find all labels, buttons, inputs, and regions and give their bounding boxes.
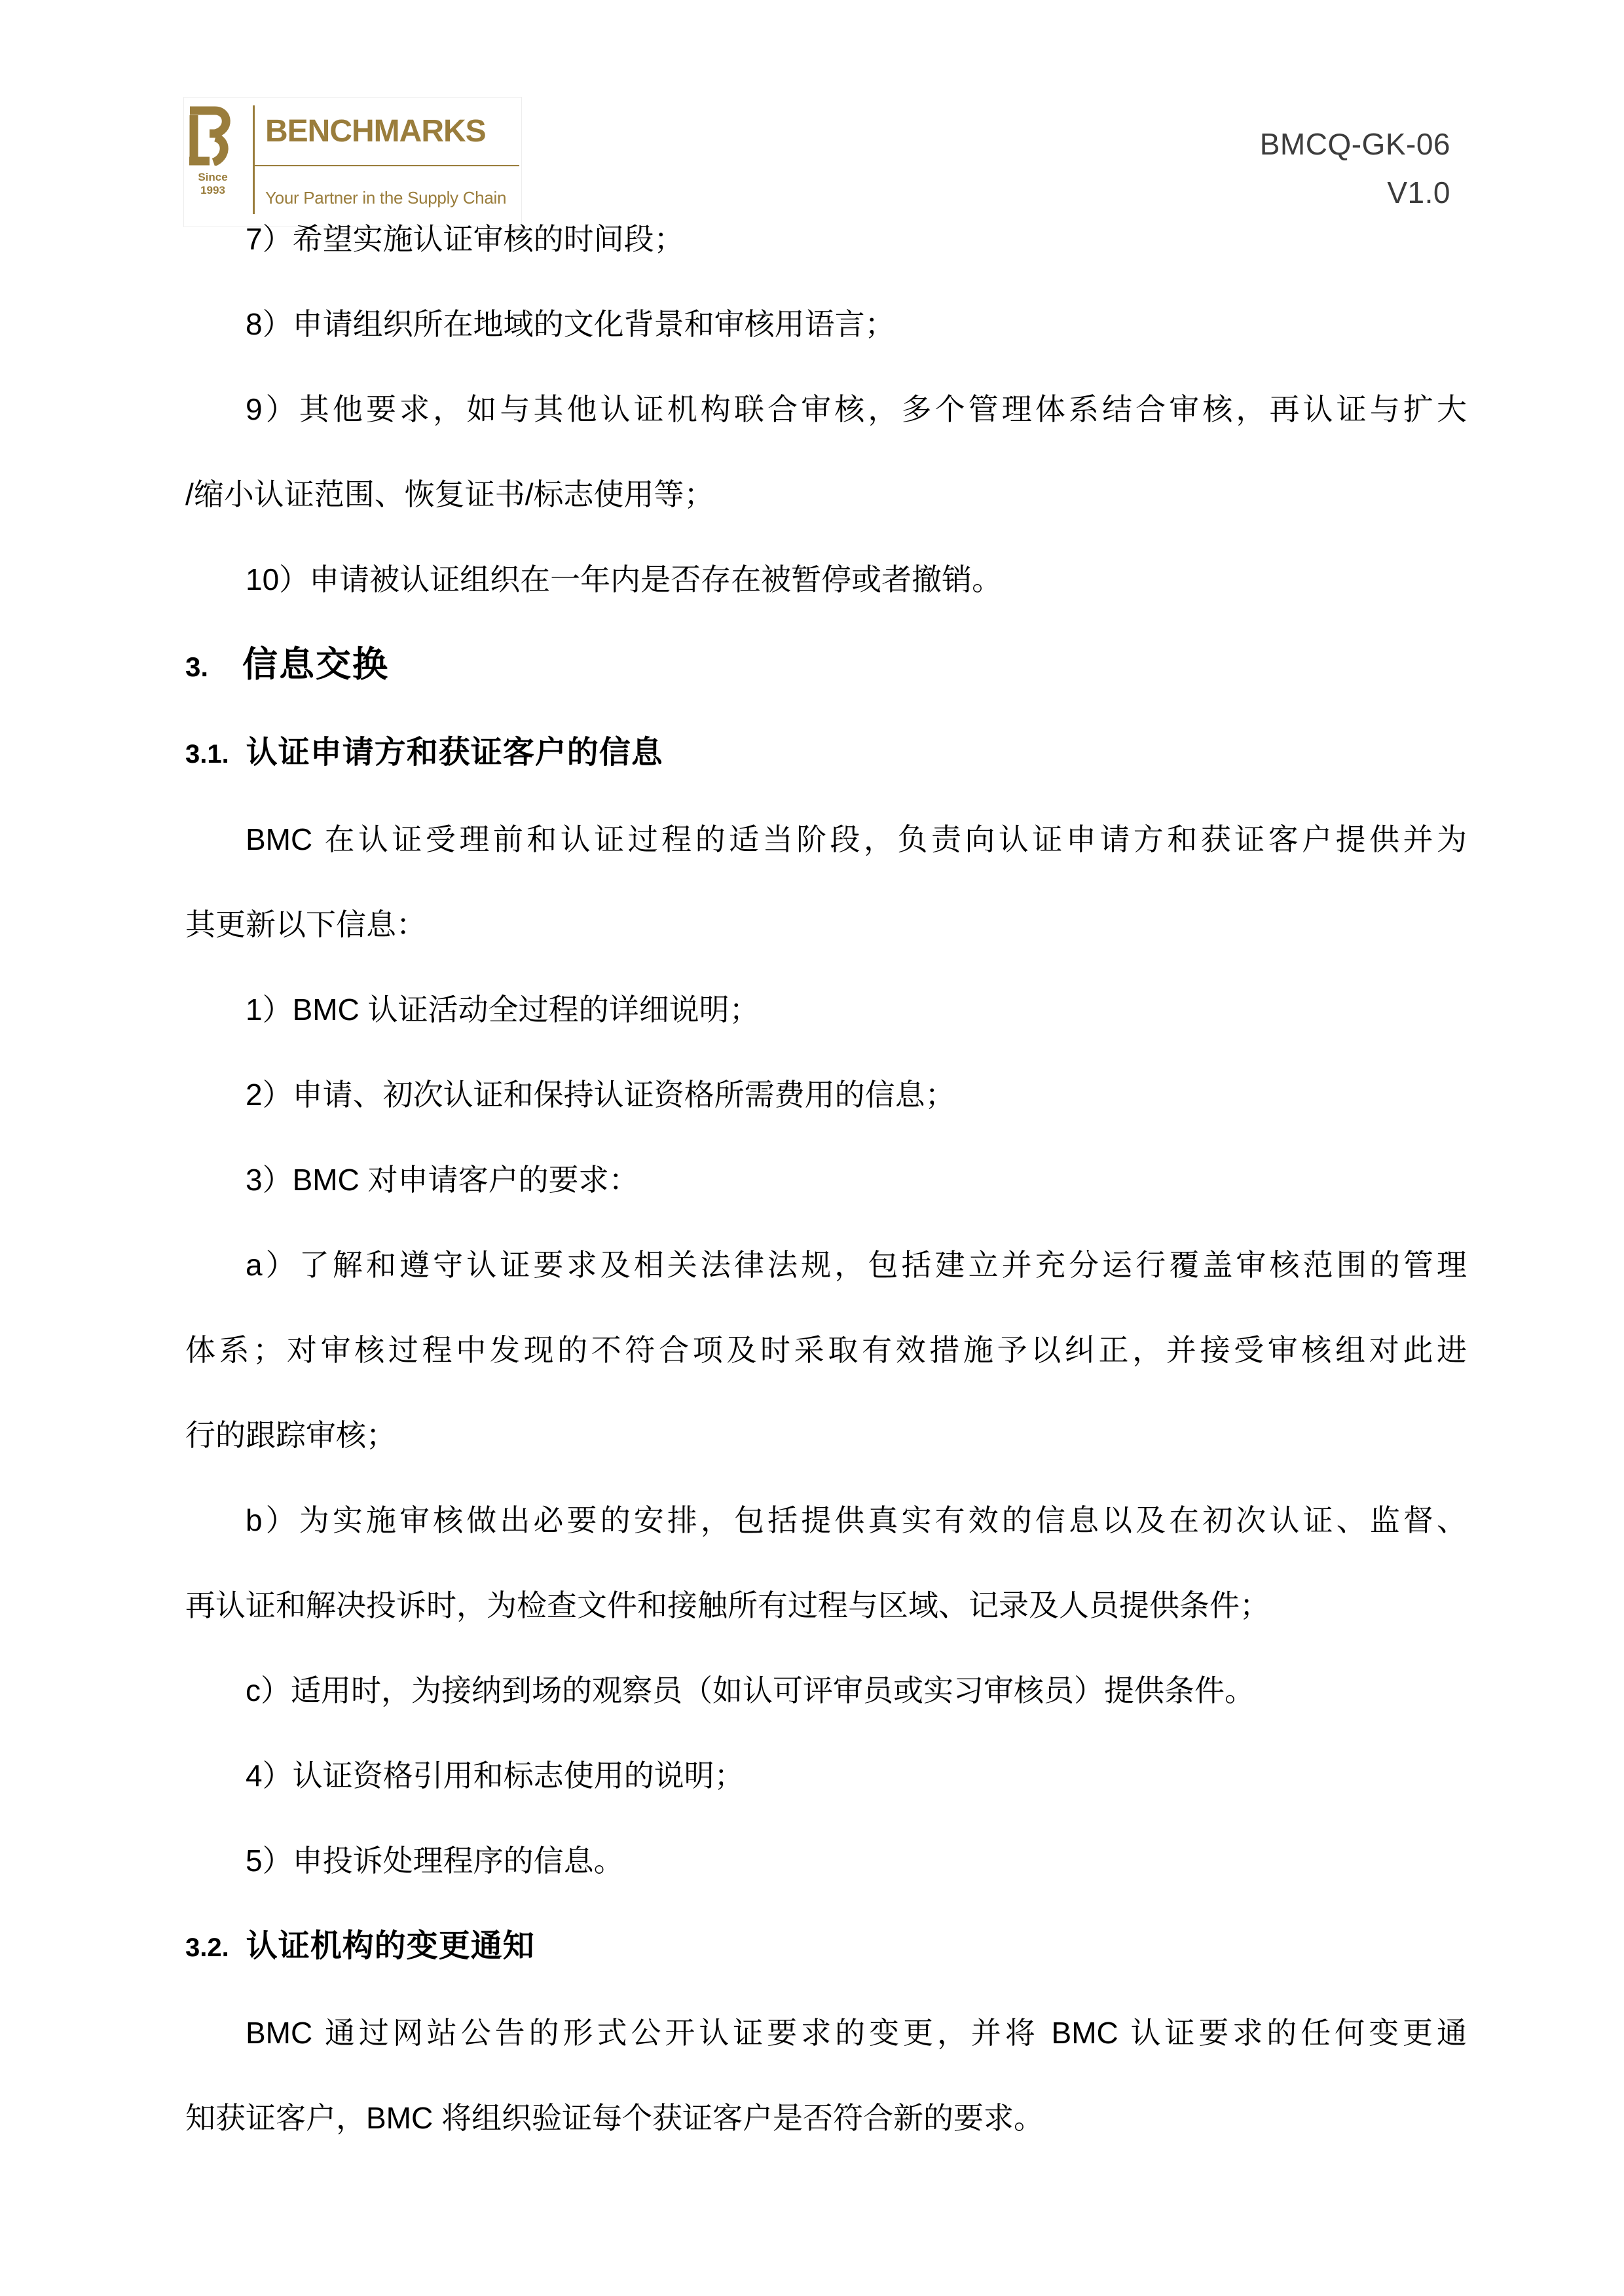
section-heading: 3.2.认证机构的变更通知 (185, 1903, 1467, 1990)
doc-line: BMC 通过网站公告的形式公开认证要求的变更，并将 BMC 认证要求的任何变更通 (185, 1990, 1467, 2075)
doc-line: 5）申投诉处理程序的信息。 (185, 1818, 1467, 1903)
doc-line: 行的跟踪审核； (185, 1393, 1467, 1478)
section-heading: 3.信息交换 (185, 622, 1467, 710)
doc-line: 9）其他要求，如与其他认证机构联合审核，多个管理体系结合审核，再认证与扩大 (185, 367, 1467, 452)
heading-number: 3. (185, 651, 208, 682)
logo-underline (253, 165, 519, 166)
doc-line: 7）希望实施认证审核的时间段； (185, 196, 1467, 282)
document-code: BMCQ-GK-06 (1260, 120, 1450, 168)
heading-number: 3.1. (185, 740, 229, 769)
heading-text: 认证机构的变更通知 (246, 1929, 535, 1963)
doc-line: 8）申请组织所在地域的文化背景和审核用语言； (185, 282, 1467, 367)
doc-line: 其更新以下信息： (185, 882, 1467, 967)
doc-line: 2）申请、初次认证和保持认证资格所需费用的信息； (185, 1052, 1467, 1137)
section-heading: 3.1.认证申请方和获证客户的信息 (185, 710, 1467, 797)
doc-line: c）适用时，为接纳到场的观察员（如认可评审员或实习审核员）提供条件。 (185, 1648, 1467, 1733)
benchmarks-logo-mark-icon (187, 105, 238, 166)
doc-line: 再认证和解决投诉时，为检查文件和接触所有过程与区域、记录及人员提供条件； (185, 1563, 1467, 1648)
doc-line: BMC 在认证受理前和认证过程的适当阶段，负责向认证申请方和获证客户提供并为 (185, 797, 1467, 882)
heading-text: 信息交换 (242, 645, 389, 684)
doc-line: b）为实施审核做出必要的安排，包括提供真实有效的信息以及在初次认证、监督、 (185, 1478, 1467, 1563)
doc-line: 10）申请被认证组织在一年内是否存在被暂停或者撤销。 (185, 537, 1467, 622)
doc-line: 1）BMC 认证活动全过程的详细说明； (185, 967, 1467, 1052)
heading-text: 认证申请方和获证客户的信息 (246, 735, 663, 770)
doc-line: 3）BMC 对申请客户的要求： (185, 1137, 1467, 1222)
doc-line: 4）认证资格引用和标志使用的说明； (185, 1733, 1467, 1818)
logo-brand-text: BENCHMARKS (265, 113, 486, 149)
document-body: 7）希望实施认证审核的时间段；8）申请组织所在地域的文化背景和审核用语言；9）其… (185, 196, 1467, 2160)
document-page: Since 1993 BENCHMARKS Your Partner in th… (0, 0, 1624, 2296)
doc-line: 体系；对审核过程中发现的不符合项及时采取有效措施予以纠正，并接受审核组对此进 (185, 1307, 1467, 1393)
heading-number: 3.2. (185, 1933, 229, 1962)
doc-line: /缩小认证范围、恢复证书/标志使用等； (185, 452, 1467, 537)
logo-since-text: Since 1993 (185, 171, 241, 197)
doc-line: 知获证客户，BMC 将组织验证每个获证客户是否符合新的要求。 (185, 2075, 1467, 2160)
doc-line: a）了解和遵守认证要求及相关法律法规，包括建立并充分运行覆盖审核范围的管理 (185, 1222, 1467, 1307)
